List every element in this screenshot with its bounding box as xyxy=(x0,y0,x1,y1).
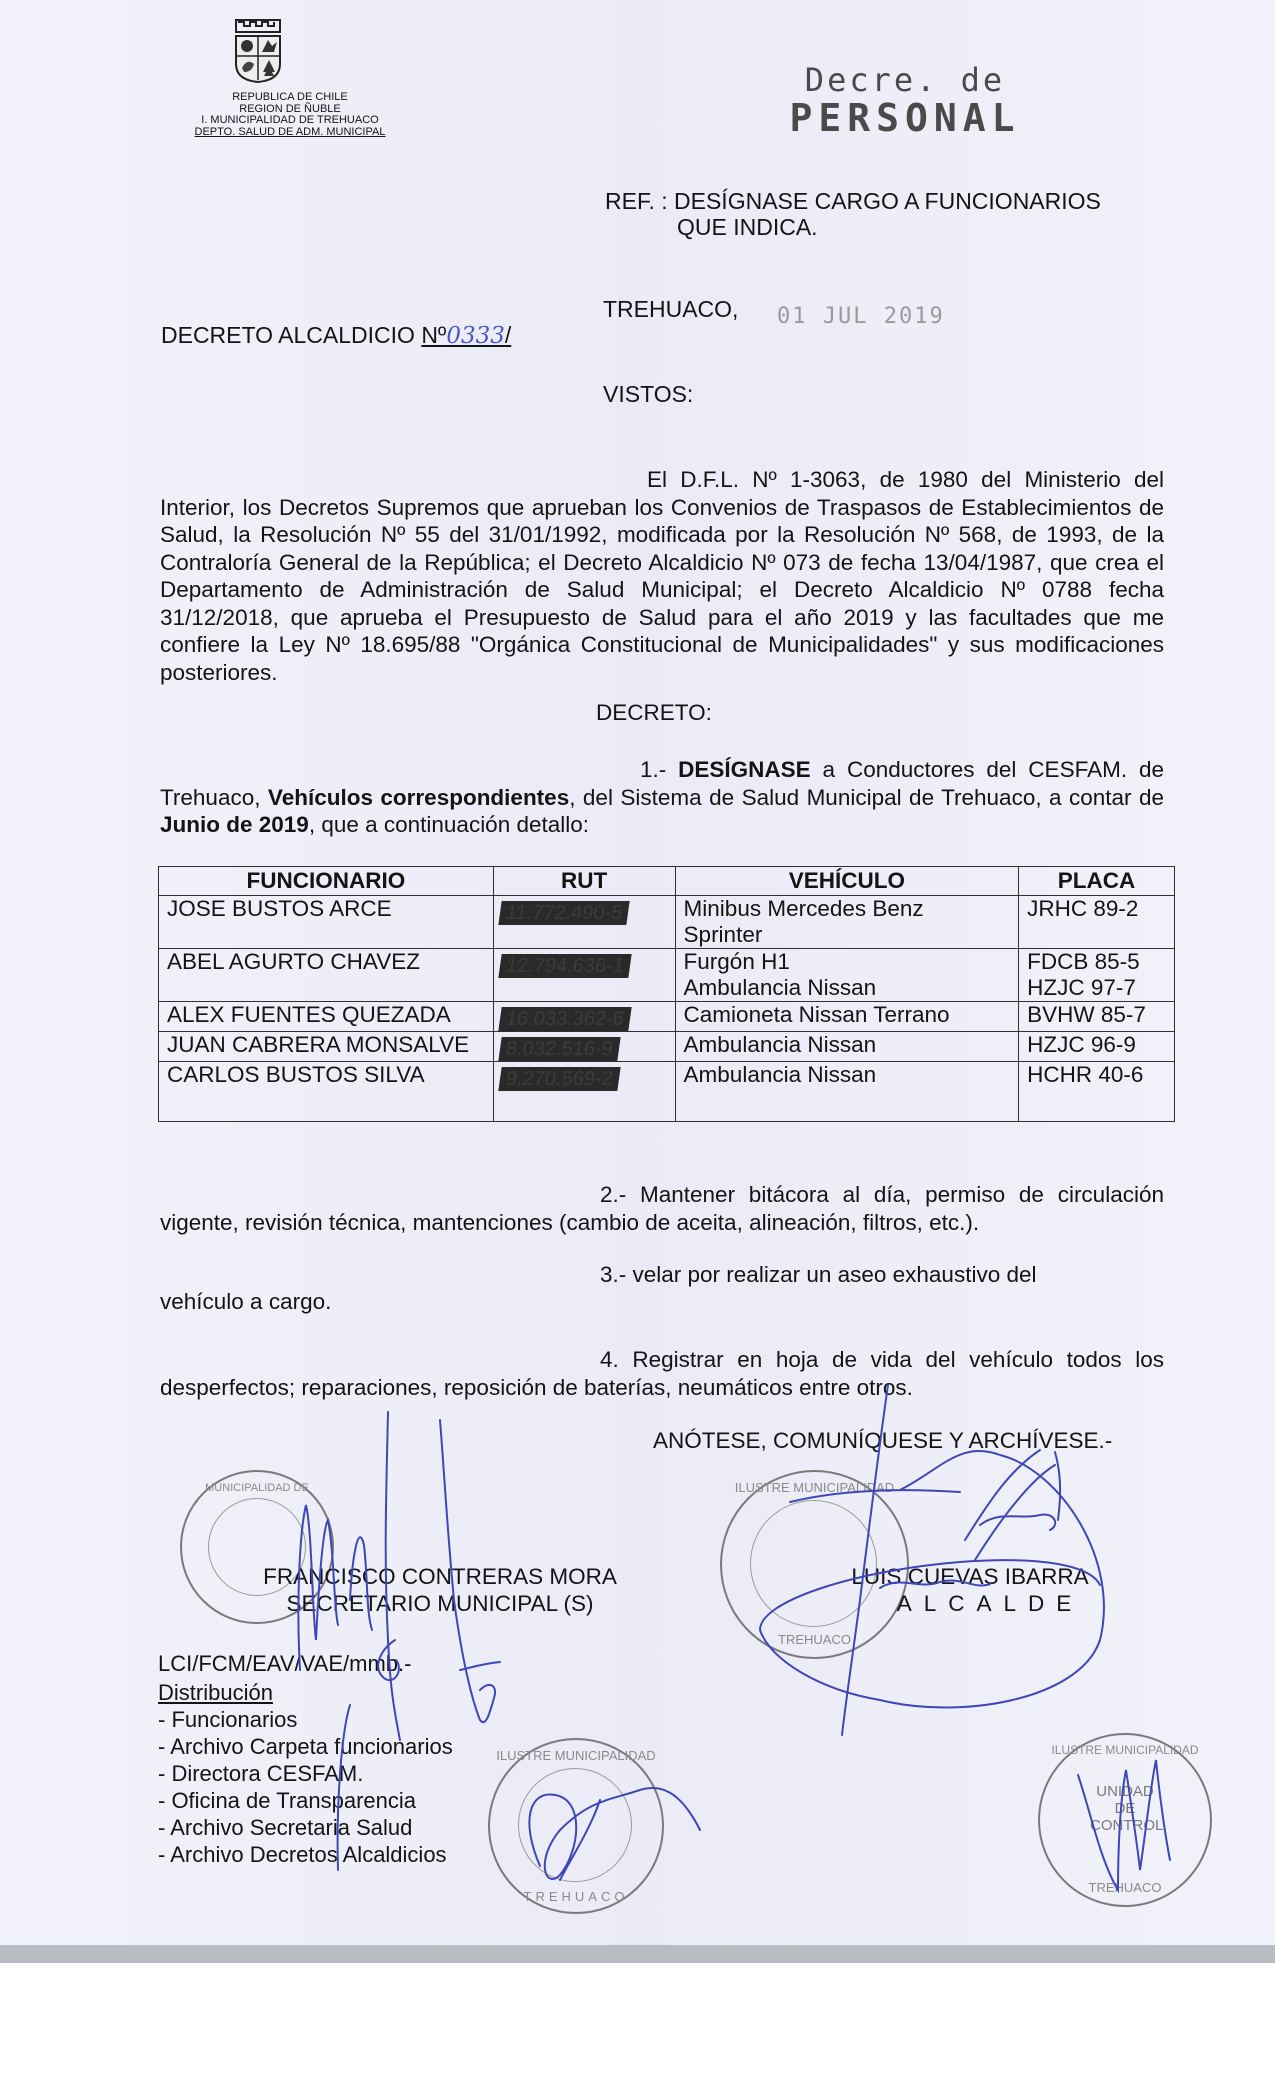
place-city: TREHUACO, xyxy=(603,296,738,323)
cell-funcionario: CARLOS BUSTOS SILVA xyxy=(159,1062,494,1122)
control-unit-seal: ILUSTRE MUNICIPALIDAD UNIDAD DE CONTROL … xyxy=(1038,1733,1212,1907)
cell-funcionario: JUAN CABRERA MONSALVE xyxy=(159,1032,494,1062)
cell-funcionario: ALEX FUENTES QUEZADA xyxy=(159,1002,494,1032)
seal-bottom-text: TREHUACO xyxy=(1040,1880,1210,1895)
plate-line: HCHR 40-6 xyxy=(1027,1062,1166,1088)
closing-formula: ANÓTESE, COMUNÍQUESE Y ARCHÍVESE.- xyxy=(653,1428,1112,1454)
header-line-municipality: I. MUNICIPALIDAD DE TREHUACO xyxy=(150,115,430,127)
cell-funcionario: JOSE BUSTOS ARCE xyxy=(159,896,494,949)
cell-rut: 16.033.362-6 xyxy=(493,1002,675,1032)
vehicle-line: Minibus Mercedes Benz xyxy=(684,896,1011,922)
cell-rut: 8.032.516-9 xyxy=(493,1032,675,1062)
cell-placa: BVHW 85-7 xyxy=(1019,1002,1175,1032)
table-row: ALEX FUENTES QUEZADA16.033.362-6Camionet… xyxy=(159,1002,1175,1032)
redacted-rut: 16.033.362-6 xyxy=(498,1007,631,1031)
number-suffix: / xyxy=(505,322,511,348)
distribution-item: - Funcionarios xyxy=(158,1706,453,1733)
table-row: CARLOS BUSTOS SILVA9.270.569-2Ambulancia… xyxy=(159,1062,1175,1122)
seal-top-text: MUNICIPALIDAD DE xyxy=(182,1482,332,1494)
personnel-decree-stamp: Decre. de PERSONAL xyxy=(740,62,1070,138)
cell-placa: JRHC 89-2 xyxy=(1019,896,1175,949)
decree-label: DECRETO ALCALDICIO xyxy=(161,322,421,348)
cell-vehiculo: Camioneta Nissan Terrano xyxy=(675,1002,1019,1032)
legal-advisor-seal: ILUSTRE MUNICIPALIDAD TREHUACO xyxy=(488,1738,664,1914)
scanner-edge-shadow xyxy=(0,1945,1275,1963)
seal-top-text: ILUSTRE MUNICIPALIDAD xyxy=(722,1480,907,1495)
seal-top-text: ILUSTRE MUNICIPALIDAD xyxy=(490,1748,662,1763)
redacted-rut: 12.794.636-1 xyxy=(498,954,631,978)
cell-rut: 9.270.569-2 xyxy=(493,1062,675,1122)
column-header-rut: RUT xyxy=(493,867,675,896)
cell-placa: HCHR 40-6 xyxy=(1019,1062,1175,1122)
table-row: ABEL AGURTO CHAVEZ12.794.636-1Furgón H1A… xyxy=(159,949,1175,1002)
stamp-line-2: PERSONAL xyxy=(740,98,1070,138)
item-1-number: 1.- xyxy=(640,757,678,782)
cell-rut: 12.794.636-1 xyxy=(493,949,675,1002)
distribution-list: Distribución - Funcionarios- Archivo Car… xyxy=(158,1679,453,1868)
secretary-signature-block: FRANCISCO CONTRERAS MORA SECRETARIO MUNI… xyxy=(230,1563,650,1617)
cell-vehiculo: Furgón H1Ambulancia Nissan xyxy=(675,949,1019,1002)
mayor-name: LUIS CUEVAS IBARRA xyxy=(820,1563,1120,1590)
header-line-country: REPUBLICA DE CHILE xyxy=(150,92,430,104)
distribution-title: Distribución xyxy=(158,1679,453,1706)
cell-vehiculo: Minibus Mercedes BenzSprinter xyxy=(675,896,1019,949)
vehicle-line: Sprinter xyxy=(684,922,1011,948)
decree-number-line: DECRETO ALCALDICIO Nº0333/ xyxy=(161,322,511,349)
seal-bottom-text: TREHUACO xyxy=(490,1889,662,1904)
distribution-item: - Archivo Decretos Alcaldicios xyxy=(158,1841,453,1868)
municipal-coat-of-arms-icon xyxy=(232,18,284,84)
table-header-row: FUNCIONARIO RUT VEHÍCULO PLACA xyxy=(159,867,1175,896)
reference-line-2: QUE INDICA. xyxy=(605,214,1101,240)
plate-line: BVHW 85-7 xyxy=(1027,1002,1166,1028)
plate-line: JRHC 89-2 xyxy=(1027,896,1166,922)
stamp-line-1: Decre. de xyxy=(740,62,1070,98)
vehicle-line: Furgón H1 xyxy=(684,949,1011,975)
distribution-item: - Oficina de Transparencia xyxy=(158,1787,453,1814)
redacted-rut: 9.270.569-2 xyxy=(498,1067,620,1091)
cell-funcionario: ABEL AGURTO CHAVEZ xyxy=(159,949,494,1002)
vehicle-line: Ambulancia Nissan xyxy=(684,1062,1011,1088)
plate-line: HZJC 96-9 xyxy=(1027,1032,1166,1058)
redacted-rut: 11.772.490-5 xyxy=(498,901,630,925)
cell-vehiculo: Ambulancia Nissan xyxy=(675,1062,1019,1122)
item-3-paragraph: 3.- velar por realizar un aseo exhaustiv… xyxy=(160,1262,1164,1315)
item-4-paragraph: 4. Registrar en hoja de vida del vehícul… xyxy=(160,1346,1164,1401)
seal-inner-ring xyxy=(518,1768,632,1882)
seal-top-text: ILUSTRE MUNICIPALIDAD xyxy=(1040,1743,1210,1757)
reference-line-1: REF. : DESÍGNASE CARGO A FUNCIONARIOS xyxy=(605,188,1101,214)
item-2-paragraph: 2.- Mantener bitácora al día, permiso de… xyxy=(160,1181,1164,1236)
plate-line: HZJC 97-7 xyxy=(1027,975,1166,1001)
author-initials: LCI/FCM/EAV/VAE/mmb.- xyxy=(158,1651,411,1677)
column-header-placa: PLACA xyxy=(1019,867,1175,896)
column-header-vehiculo: VEHÍCULO xyxy=(675,867,1019,896)
item-3-line-1: 3.- velar por realizar un aseo exhaustiv… xyxy=(600,1262,1037,1287)
reference-block: REF. : DESÍGNASE CARGO A FUNCIONARIOS QU… xyxy=(605,188,1101,240)
plate-line: FDCB 85-5 xyxy=(1027,949,1166,975)
vistos-heading: VISTOS: xyxy=(603,381,693,408)
vehicle-line: Camioneta Nissan Terrano xyxy=(684,1002,1011,1028)
secretary-title: SECRETARIO MUNICIPAL (S) xyxy=(230,1590,650,1617)
item-1-date: Junio de 2019 xyxy=(160,812,309,837)
cell-rut: 11.772.490-5 xyxy=(493,896,675,949)
item-1-vehicles: Vehículos correspondientes xyxy=(268,785,569,810)
table-row: JUAN CABRERA MONSALVE8.032.516-9Ambulanc… xyxy=(159,1032,1175,1062)
secretary-name: FRANCISCO CONTRERAS MORA xyxy=(230,1563,650,1590)
date-stamp: 01 JUL 2019 xyxy=(777,304,945,329)
vehicle-line: Ambulancia Nissan xyxy=(684,975,1011,1001)
table-row: JOSE BUSTOS ARCE11.772.490-5Minibus Merc… xyxy=(159,896,1175,949)
vehicle-line: Ambulancia Nissan xyxy=(684,1032,1011,1058)
mayor-signature-block: LUIS CUEVAS IBARRA ALCALDE xyxy=(820,1563,1120,1617)
vistos-paragraph: El D.F.L. Nº 1-3063, de 1980 del Ministe… xyxy=(160,466,1164,686)
cell-placa: HZJC 96-9 xyxy=(1019,1032,1175,1062)
item-1-paragraph: 1.- DESÍGNASE a Conductores del CESFAM. … xyxy=(160,756,1164,839)
decreto-heading: DECRETO: xyxy=(596,700,712,726)
number-sign: Nº xyxy=(421,322,446,348)
item-1-text-c: , que a continuación detallo: xyxy=(309,812,589,837)
distribution-item: - Directora CESFAM. xyxy=(158,1760,453,1787)
scanned-document-page: REPUBLICA DE CHILE REGION DE ÑUBLE I. MU… xyxy=(0,0,1275,1958)
cell-placa: FDCB 85-5HZJC 97-7 xyxy=(1019,949,1175,1002)
redacted-rut: 8.032.516-9 xyxy=(498,1037,620,1061)
handwritten-decree-number: 0333 xyxy=(446,323,505,349)
header-line-department: DEPTO. SALUD DE ADM. MUNICIPAL xyxy=(150,127,430,139)
column-header-funcionario: FUNCIONARIO xyxy=(159,867,494,896)
distribution-item: - Archivo Secretaria Salud xyxy=(158,1814,453,1841)
item-1-verb: DESÍGNASE xyxy=(678,757,811,782)
decree-number: Nº0333/ xyxy=(421,322,511,348)
driver-vehicle-table: FUNCIONARIO RUT VEHÍCULO PLACA JOSE BUST… xyxy=(158,866,1175,1122)
item-3-line-2: vehículo a cargo. xyxy=(160,1289,1164,1315)
mayor-title: ALCALDE xyxy=(820,1590,1120,1617)
distribution-item: - Archivo Carpeta funcionarios xyxy=(158,1733,453,1760)
institution-header: REPUBLICA DE CHILE REGION DE ÑUBLE I. MU… xyxy=(150,92,430,138)
item-1-text-b: , del Sistema de Salud Municipal de Treh… xyxy=(569,785,1164,810)
cell-vehiculo: Ambulancia Nissan xyxy=(675,1032,1019,1062)
seal-middle-text: UNIDAD DE CONTROL xyxy=(1090,1783,1160,1834)
seal-bottom-text: TREHUACO xyxy=(722,1632,907,1647)
